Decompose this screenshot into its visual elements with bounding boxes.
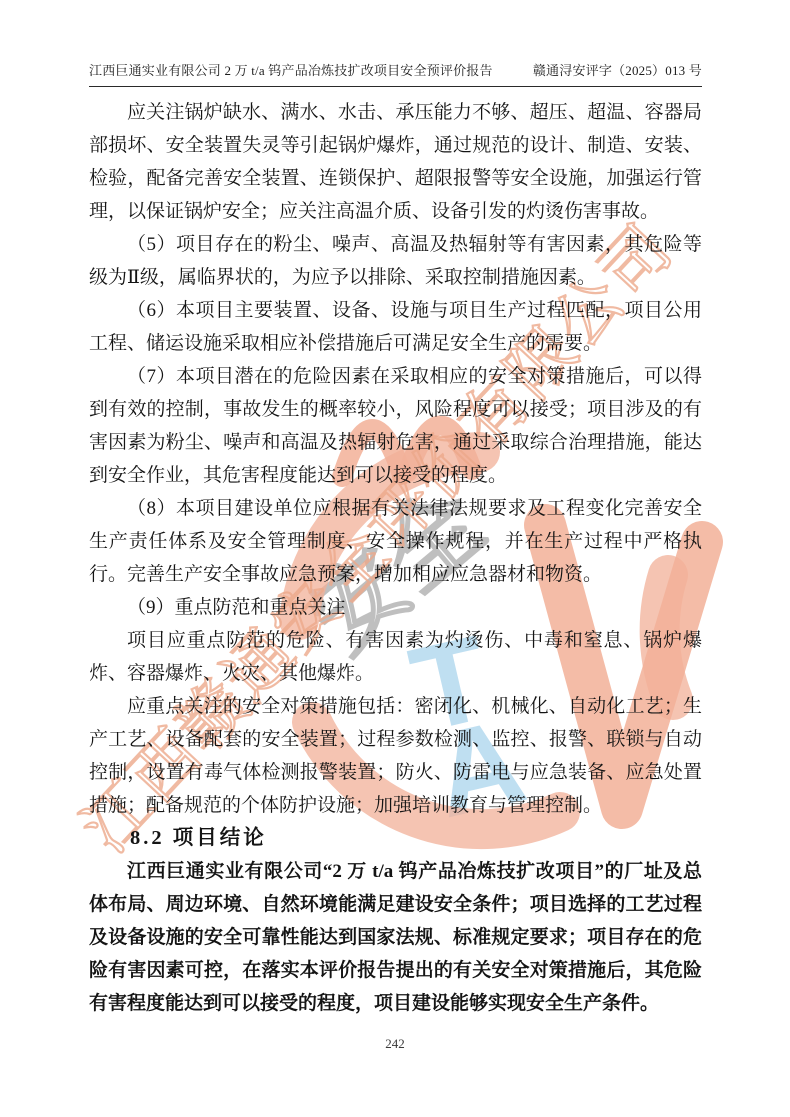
body-paragraph: （8）本项目建设单位应根据有关法律法规要求及工程变化完善安全生产责任体系及安全管… bbox=[89, 492, 702, 591]
body-paragraph: （9）重点防范和重点关注 bbox=[89, 591, 702, 624]
report-page: 安全 T A 江西赣通安全评价有限公司 江西巨通实业有限公司 2 万 t/a 钨… bbox=[0, 0, 790, 1117]
conclusion-paragraph: 江西巨通实业有限公司“2 万 t/a 钨产品冶炼技扩改项目”的厂址及总体布局、周… bbox=[89, 855, 702, 1020]
document-body: 应关注锅炉缺水、满水、水击、承压能力不够、超压、超温、容器局部损坏、安全装置失灵… bbox=[89, 96, 702, 1020]
body-paragraph: （5）项目存在的粉尘、噪声、高温及热辐射等有害因素，其危险等级为Ⅱ级，属临界状的… bbox=[89, 228, 702, 294]
body-paragraph: （6）本项目主要装置、设备、设施与项目生产过程匹配，项目公用工程、储运设施采取相… bbox=[89, 294, 702, 360]
page-header: 江西巨通实业有限公司 2 万 t/a 钨产品冶炼技扩改项目安全预评价报告 赣通浔… bbox=[89, 60, 702, 79]
header-document-number: 赣通浔安评字（2025）013 号 bbox=[533, 60, 702, 79]
section-heading: 8.2 项目结论 bbox=[89, 822, 702, 855]
page-number: 242 bbox=[0, 1036, 790, 1052]
body-paragraph: （7）本项目潜在的危险因素在采取相应的安全对策措施后，可以得到有效的控制，事故发… bbox=[89, 360, 702, 492]
header-report-title: 江西巨通实业有限公司 2 万 t/a 钨产品冶炼技扩改项目安全预评价报告 bbox=[89, 60, 493, 79]
body-paragraph: 项目应重点防范的危险、有害因素为灼烫伤、中毒和窒息、锅炉爆炸、容器爆炸、火灾、其… bbox=[89, 624, 702, 690]
body-paragraph: 应关注锅炉缺水、满水、水击、承压能力不够、超压、超温、容器局部损坏、安全装置失灵… bbox=[89, 96, 702, 228]
body-paragraph: 应重点关注的安全对策措施包括：密闭化、机械化、自动化工艺；生产工艺、设备配套的安… bbox=[89, 690, 702, 822]
header-rule bbox=[89, 86, 702, 87]
